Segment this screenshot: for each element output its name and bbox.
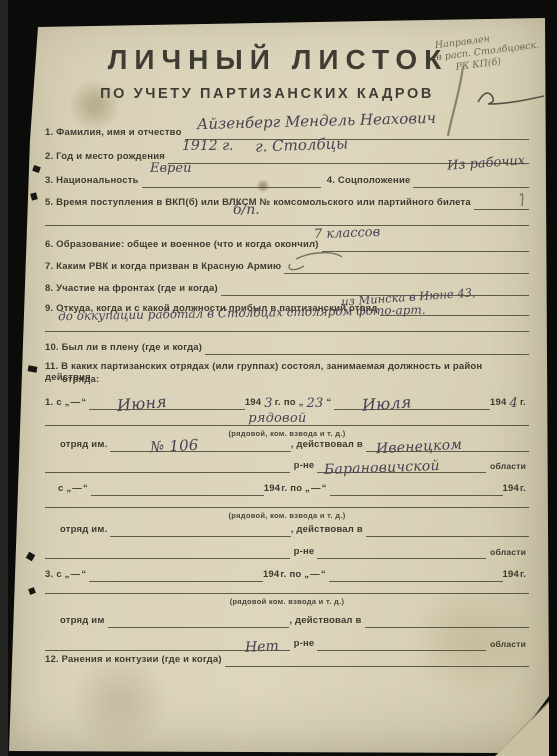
district-prefix-line bbox=[45, 459, 290, 473]
field-label: 3. Национальность bbox=[45, 176, 142, 188]
unit-line: № 106 bbox=[110, 438, 290, 452]
entry1-position-row: рядовой bbox=[45, 410, 529, 426]
entry2-position-row bbox=[45, 496, 529, 508]
month-from-line bbox=[91, 482, 264, 496]
scanned-form-page: ЛИЧНЫЙ ЛИСТОК ПО УЧЕТУ ПАРТИЗАНСКИХ КАДР… bbox=[0, 0, 557, 756]
position-caption: (рядовой, ком. взвода и т. д.) bbox=[45, 511, 529, 520]
entry1-dates-row: 1. с „ — “ Июня 194 3 г. по „ 23 “ Июля … bbox=[45, 395, 529, 410]
scan-artifact bbox=[28, 365, 38, 372]
handwritten-birth-place: г. Столбцы bbox=[255, 134, 349, 155]
position-line bbox=[45, 581, 529, 594]
field-label: 4. Соцположение bbox=[321, 176, 414, 188]
entry1-district-row: р-не Барановичской области bbox=[45, 459, 529, 473]
form-title: ЛИЧНЫЙ ЛИСТОК bbox=[58, 44, 498, 76]
field-label: 7. Каким РВК и когда призван в Красную А… bbox=[45, 262, 284, 274]
month-from-line bbox=[89, 568, 263, 582]
printed-text: области bbox=[486, 548, 529, 559]
printed-text: р-не bbox=[290, 639, 318, 651]
field-line bbox=[413, 174, 529, 188]
handwritten-unit: № 106 bbox=[150, 436, 199, 456]
area-line bbox=[365, 614, 529, 628]
field-row-11b: отряда: bbox=[62, 375, 529, 387]
month-to-line: Июля bbox=[334, 396, 490, 410]
field-row-7: 7. Каким РВК и когда призван в Красную А… bbox=[45, 260, 529, 274]
month-from-line: Июня bbox=[89, 396, 245, 410]
entry2-dates-row: с „ — “ 194 г. по „ — “ 194 г. bbox=[58, 482, 529, 496]
district-line: Барановичской bbox=[317, 459, 486, 473]
printed-text: области bbox=[486, 462, 529, 473]
field-label: 10. Был ли в плену (где и когда) bbox=[45, 343, 205, 355]
position-caption: (рядовой ком. взвода и т. д.) bbox=[45, 597, 529, 606]
printed-text: , действовал в bbox=[291, 525, 366, 537]
printed-text: , действовал в bbox=[289, 616, 364, 628]
field-line bbox=[284, 260, 529, 274]
handwritten-wounds: Нет bbox=[245, 638, 280, 656]
district-line bbox=[317, 545, 486, 559]
printed-text: р-не bbox=[290, 547, 318, 559]
field-row-3-4: 3. Национальность 4. Соцположение bbox=[45, 174, 529, 188]
entry2-unit-row: отряд им. , действовал в bbox=[60, 523, 529, 537]
field-label: 12. Ранения и контузии (где и когда) bbox=[45, 655, 225, 667]
entry3-district-row: р-не области bbox=[45, 637, 529, 651]
district-prefix-line bbox=[45, 545, 290, 559]
unit-line bbox=[110, 523, 290, 537]
printed-text: р-не bbox=[290, 461, 318, 473]
unit-line bbox=[108, 614, 290, 628]
printed-text: отряд им bbox=[60, 616, 108, 628]
handwritten-birth-year: 1912 г. bbox=[182, 138, 234, 154]
entry3-position-row bbox=[45, 582, 529, 594]
field-line bbox=[474, 196, 529, 210]
field-row-5-continuation bbox=[45, 212, 529, 226]
field-row-6: 6. Образование: общее и военное (что и к… bbox=[45, 238, 529, 252]
printed-text: отряд им. bbox=[60, 525, 110, 537]
position-line bbox=[45, 495, 529, 508]
field-line bbox=[225, 653, 529, 667]
form-subtitle: ПО УЧЕТУ ПАРТИЗАНСКИХ КАДРОВ bbox=[42, 86, 492, 102]
handwritten-party-status: б/п. bbox=[233, 202, 260, 218]
printed-text: , действовал в bbox=[291, 440, 366, 452]
field-row-5: 5. Время поступления в ВКП(б) или ВЛКСМ … bbox=[45, 196, 529, 210]
field-line bbox=[205, 341, 529, 355]
field-line bbox=[142, 174, 321, 188]
field-row-12: 12. Ранения и контузии (где и когда) bbox=[45, 653, 529, 667]
printed-text: области bbox=[486, 640, 529, 651]
field-line bbox=[45, 212, 529, 226]
field-row-10: 10. Был ли в плену (где и когда) bbox=[45, 341, 529, 355]
entry1-unit-row: отряд им. № 106 , действовал в Ивенецком bbox=[60, 438, 529, 452]
entry3-dates-row: 3. с „ — “ 194 г. по „ — “ 194 г. bbox=[45, 568, 529, 582]
district-line bbox=[317, 637, 486, 651]
area-line bbox=[366, 523, 529, 537]
month-to-line bbox=[329, 568, 503, 582]
handwritten-nationality: Еврей bbox=[150, 161, 191, 176]
field-label: 8. Участие на фронтах (где и когда) bbox=[45, 284, 221, 296]
handwritten-position: рядовой bbox=[248, 412, 306, 427]
field-label: 1. Фамилия, имя и отчество bbox=[45, 128, 185, 140]
entry3-unit-row: отряд им , действовал в bbox=[60, 614, 529, 628]
scan-edge-strip bbox=[0, 0, 8, 756]
position-line: рядовой bbox=[45, 409, 529, 426]
handwritten-education: 7 классов bbox=[314, 225, 381, 242]
month-to-line bbox=[330, 482, 503, 496]
field-label: отряда: bbox=[62, 375, 102, 387]
field-label: 6. Образование: общее и военное (что и к… bbox=[45, 240, 322, 252]
area-line: Ивенецком bbox=[366, 438, 529, 452]
entry2-district-row: р-не области bbox=[45, 545, 529, 559]
printed-text: отряд им. bbox=[60, 440, 110, 452]
